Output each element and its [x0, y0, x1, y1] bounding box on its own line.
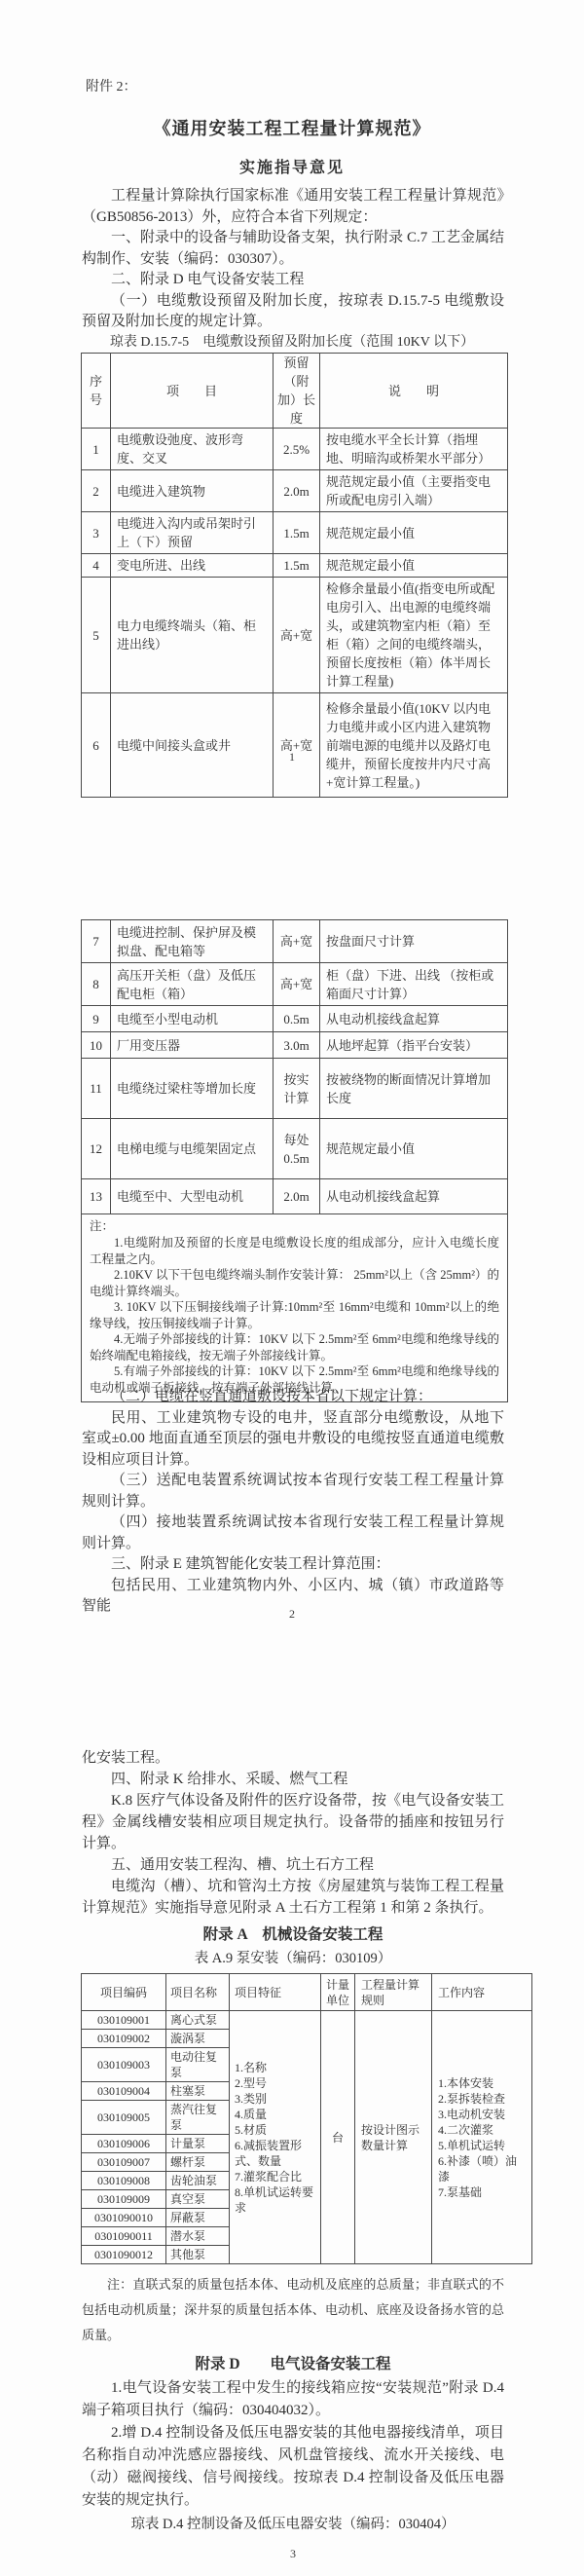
cell-length: 高+宽 [274, 693, 320, 798]
header-feature: 项目特征 [230, 1974, 321, 2011]
cell-desc: 从地坪起算（指平台安装） [320, 1032, 508, 1059]
cell-feature: 1.名称 2.型号 3.类别 4.质量 5.材质 6.减振装置形式、数量 7.灌… [230, 2011, 321, 2264]
cell-desc: 规范规定最小值（主要指变电所或配电房引入端） [320, 470, 508, 512]
cell-desc: 检修余量最小值(指变电所或配电房引入、出电源的电缆终端头，或建筑物室内柜（箱）至… [320, 578, 508, 693]
paragraph: 电缆沟（槽）、坑和管沟土方按《房屋建筑与装饰工程工程量计算规范》实施指导意见附录… [82, 1876, 504, 1919]
paragraph: 1.电气设备安装工程中发生的接线箱应按“安装规范”附录 D.4 端子箱项目执行（… [82, 2377, 504, 2422]
cell-item: 变电所进、出线 [111, 554, 274, 578]
cell-name: 齿轮油泵 [166, 2172, 230, 2190]
table-row: 9 电缆至小型电动机 0.5m 从电动机接线盒起算 [82, 1006, 508, 1032]
cell-seq: 4 [82, 554, 111, 578]
table-note: 3. 10KV 以下压铜接线端子计算:10mm²至 16mm²电缆和 10mm²… [90, 1299, 499, 1331]
cell-desc: 按被绕物的断面情况计算增加长度 [320, 1059, 508, 1119]
paragraph: 二、附录 D 电气设备安装工程 [82, 270, 504, 291]
cell-item: 电梯电缆与电缆架固定点 [111, 1119, 274, 1179]
appendix-d-heading: 附录 D 电气设备安装工程 [82, 2354, 504, 2375]
cell-item: 电缆进入沟内或吊架时引上（下）预留 [111, 512, 274, 554]
appendix-d-paragraphs: 1.电气设备安装工程中发生的接线箱应按“安装规范”附录 D.4 端子箱项目执行（… [82, 2377, 504, 2512]
paragraph: 四、附录 K 给排水、采暖、燃气工程 [82, 1769, 504, 1790]
cell-item: 电缆中间接头盒或井 [111, 693, 274, 798]
appendix-a-heading: 附录 A 机械设备安装工程 [82, 1924, 504, 1946]
paragraph: 一、附录中的设备与辅助设备支架，执行附录 C.7 工艺金属结构制作、安装（编码：… [82, 228, 504, 270]
cell-seq: 8 [82, 963, 111, 1006]
cell-seq: 11 [82, 1059, 111, 1119]
header-item: 项 目 [111, 354, 274, 429]
cell-code: 030109007 [82, 2153, 166, 2172]
paragraph: 民用、工业建筑物专设的电井，竖直部分电缆敷设，从地下室或±0.00 地面直通至顶… [82, 1408, 504, 1472]
paragraph: 三、附录 E 建筑智能化安装工程计算范围： [82, 1554, 504, 1576]
cell-seq: 12 [82, 1119, 111, 1179]
cell-desc: 按电缆水平全长计算（指埋地、明暗沟或桥架水平部分） [320, 429, 508, 470]
pump-installation-table: 项目编码 项目名称 项目特征 计量 单位 工程量计算 规则 工作内容 03010… [81, 1973, 532, 2264]
cell-length: 高+宽 [274, 963, 320, 1006]
table-row: 8 高压开关柜（盘）及低压配电柜（箱） 高+宽 柜（盘）下进、出线 （按柜或箱面… [82, 963, 508, 1006]
table2-note: 注：直联式泵的质量包括本体、电动机及底座的总质量；非直联式的不包括电动机质量；深… [82, 2272, 504, 2348]
cell-name: 离心式泵 [166, 2011, 230, 2030]
table-row: 10 厂用变压器 3.0m 从地坪起算（指平台安装） [82, 1032, 508, 1059]
cell-item: 电力电缆终端头（箱、柜进出线） [111, 578, 274, 693]
cell-code: 0301090012 [82, 2246, 166, 2264]
cell-name: 屏蔽泵 [166, 2209, 230, 2227]
cell-desc: 按盘面尺寸计算 [320, 920, 508, 963]
cell-item: 高压开关柜（盘）及低压配电柜（箱） [111, 963, 274, 1006]
table-row: 4 变电所进、出线 1.5m 规范规定最小值 [82, 554, 508, 578]
table-notes-cell: 注： 1.电缆附加及预留的长度是电缆敷设长度的组成部分，应计入电缆长度工程量之内… [82, 1214, 508, 1402]
cell-length: 2.5% [274, 429, 320, 470]
cell-length: 2.0m [274, 1179, 320, 1214]
table-row: 030109001 离心式泵 1.名称 2.型号 3.类别 4.质量 5.材质 … [82, 2011, 532, 2030]
cell-length: 按实 计算 [274, 1059, 320, 1119]
table-note: 4.无端子外部接线的计算：10KV 以下 2.5mm²至 6mm²电缆和绝缘导线… [90, 1331, 499, 1363]
cell-code: 030109001 [82, 2011, 166, 2030]
header-unit: 计量 单位 [321, 1974, 355, 2011]
notes-label: 注： [90, 1218, 499, 1235]
document-subtitle: 实施指导意见 [0, 155, 584, 177]
cable-reserve-table-part1: 序 号 项 目 预留（附 加）长度 说 明 1 电缆敷设弛度、波形弯度、交叉 2… [81, 353, 508, 798]
cell-code: 030109005 [82, 2101, 166, 2135]
cell-rule: 按设计图示数量计算 [355, 2011, 432, 2264]
cell-seq: 2 [82, 470, 111, 512]
intro-paragraphs: 工程量计算除执行国家标准《通用安装工程工程量计算规范》（GB50856-2013… [82, 186, 504, 333]
cell-seq: 10 [82, 1032, 111, 1059]
table-note: 2.10KV 以下干包电缆终端头制作安装计算： 25mm²以上（含 25mm²）… [90, 1267, 499, 1299]
header-code: 项目编码 [82, 1974, 166, 2011]
paragraph: 2.增 D.4 控制设备及低压电器安装的其他电器接线清单，项目名称指自动冲洗感应… [82, 2422, 504, 2512]
cell-length: 1.5m [274, 512, 320, 554]
table-header-row: 项目编码 项目名称 项目特征 计量 单位 工程量计算 规则 工作内容 [82, 1974, 532, 2011]
cell-seq: 9 [82, 1006, 111, 1032]
cell-item: 电缆至中、大型电动机 [111, 1179, 274, 1214]
cell-seq: 1 [82, 429, 111, 470]
cell-item: 厂用变压器 [111, 1032, 274, 1059]
page-3-content: 化安装工程。 四、附录 K 给排水、采暖、燃气工程 K.8 医疗气体设备及附件的… [82, 1747, 504, 2576]
cell-name: 柱塞泵 [166, 2082, 230, 2101]
cell-code: 030109002 [82, 2030, 166, 2048]
table-header-row: 序 号 项 目 预留（附 加）长度 说 明 [82, 354, 508, 429]
cell-code: 030109009 [82, 2190, 166, 2209]
paragraph: 五、通用安装工程沟、槽、坑土石方工程 [82, 1854, 504, 1876]
paragraph: （二）电缆在竖直通道敷设按本省以下规定计算： [82, 1387, 504, 1408]
cell-desc: 从电动机接线盒起算 [320, 1006, 508, 1032]
cell-length: 高+宽 [274, 920, 320, 963]
cell-seq: 5 [82, 578, 111, 693]
cell-code: 030109003 [82, 2048, 166, 2082]
header-name: 项目名称 [166, 1974, 230, 2011]
cell-name: 螺杆泵 [166, 2153, 230, 2172]
table-note: 1.电缆附加及预留的长度是电缆敷设长度的组成部分，应计入电缆长度工程量之内。 [90, 1235, 499, 1267]
page2-paragraphs: （二）电缆在竖直通道敷设按本省以下规定计算： 民用、工业建筑物专设的电井，竖直部… [82, 1387, 504, 1618]
cell-seq: 6 [82, 693, 111, 798]
cell-code: 030109008 [82, 2172, 166, 2190]
paragraph: （一）电缆敷设预留及附加长度，按琼表 D.15.7-5 电缆敷设预留及附加长度的… [82, 291, 504, 333]
header-desc: 说 明 [320, 354, 508, 429]
cell-desc: 规范规定最小值 [320, 554, 508, 578]
table-row: 7 电缆进控制、保护屏及模拟盘、配电箱等 高+宽 按盘面尺寸计算 [82, 920, 508, 963]
header-work: 工作内容 [432, 1974, 532, 2011]
document-title: 《通用安装工程工程量计算规范》 [0, 115, 584, 140]
table2-caption: 表 A.9 泵安装（编码：030109） [82, 1948, 504, 1969]
cell-length: 每处 0.5m [274, 1119, 320, 1179]
attachment-label: 附件 2： [86, 76, 137, 95]
table-row: 3 电缆进入沟内或吊架时引上（下）预留 1.5m 规范规定最小值 [82, 512, 508, 554]
cell-desc: 柜（盘）下进、出线 （按柜或箱面尺寸计算） [320, 963, 508, 1006]
cell-item: 电缆至小型电动机 [111, 1006, 274, 1032]
cell-item: 电缆敷设弛度、波形弯度、交叉 [111, 429, 274, 470]
cable-reserve-table-part2: 7 电缆进控制、保护屏及模拟盘、配电箱等 高+宽 按盘面尺寸计算 8 高压开关柜… [81, 919, 508, 1402]
cell-seq: 13 [82, 1179, 111, 1214]
cell-length: 0.5m [274, 1006, 320, 1032]
paragraph: （四）接地装置系统调试按本省现行安装工程工程量计算规则计算。 [82, 1512, 504, 1554]
page-number-2: 2 [0, 1607, 584, 1622]
cell-unit: 台 [321, 2011, 355, 2264]
cell-length: 1.5m [274, 554, 320, 578]
header-rule: 工程量计算 规则 [355, 1974, 432, 2011]
paragraph: 工程量计算除执行国家标准《通用安装工程工程量计算规范》（GB50856-2013… [82, 186, 504, 228]
header-seq: 序 号 [82, 354, 111, 429]
table1-caption: 琼表 D.15.7-5 电缆敷设预留及附加长度（范围 10KV 以下） [0, 331, 584, 351]
cell-name: 计量泵 [166, 2135, 230, 2153]
table-row: 5 电力电缆终端头（箱、柜进出线） 高+宽 检修余量最小值(指变电所或配电房引入… [82, 578, 508, 693]
cell-desc: 检修余量最小值(10KV 以内电力电缆井或小区内进入建筑物前端电源的电缆井以及路… [320, 693, 508, 798]
cell-name: 电动往复泵 [166, 2048, 230, 2082]
cell-code: 0301090011 [82, 2227, 166, 2246]
table-row: 2 电缆进入建筑物 2.0m 规范规定最小值（主要指变电所或配电房引入端） [82, 470, 508, 512]
table-notes-row: 注： 1.电缆附加及预留的长度是电缆敷设长度的组成部分，应计入电缆长度工程量之内… [82, 1214, 508, 1402]
cell-desc: 规范规定最小值 [320, 512, 508, 554]
cell-code: 030109006 [82, 2135, 166, 2153]
cell-work: 1.本体安装 2.泵拆装检查 3.电动机安装 4.二次灌浆 5.单机试运转 6.… [432, 2011, 532, 2264]
paragraph: K.8 医疗气体设备及附件的医疗设备带，按《电气设备安装工程》金属线槽安装相应项… [82, 1790, 504, 1854]
cell-seq: 7 [82, 920, 111, 963]
paragraph: 化安装工程。 [82, 1747, 504, 1769]
cell-seq: 3 [82, 512, 111, 554]
cell-item: 电缆进入建筑物 [111, 470, 274, 512]
cell-desc: 规范规定最小值 [320, 1119, 508, 1179]
paragraph: （三）送配电装置系统调试按本省现行安装工程工程量计算规则计算。 [82, 1471, 504, 1512]
cell-name: 漩涡泵 [166, 2030, 230, 2048]
table-row: 11 电缆绕过梁柱等增加长度 按实 计算 按被绕物的断面情况计算增加长度 [82, 1059, 508, 1119]
cell-name: 其他泵 [166, 2246, 230, 2264]
table-row: 6 电缆中间接头盒或井 高+宽 检修余量最小值(10KV 以内电力电缆井或小区内… [82, 693, 508, 798]
table-d-caption: 琼表 D.4 控制设备及低压电器安装（编码：030404） [82, 2514, 504, 2535]
cell-code: 0301090010 [82, 2209, 166, 2227]
table-row: 12 电梯电缆与电缆架固定点 每处 0.5m 规范规定最小值 [82, 1119, 508, 1179]
table-row: 1 电缆敷设弛度、波形弯度、交叉 2.5% 按电缆水平全长计算（指埋地、明暗沟或… [82, 429, 508, 470]
cell-length: 2.0m [274, 470, 320, 512]
cell-name: 蒸汽往复泵 [166, 2101, 230, 2135]
cell-code: 030109004 [82, 2082, 166, 2101]
cell-item: 电缆进控制、保护屏及模拟盘、配电箱等 [111, 920, 274, 963]
cell-name: 真空泵 [166, 2190, 230, 2209]
cell-item: 电缆绕过梁柱等增加长度 [111, 1059, 274, 1119]
cell-desc: 从电动机接线盒起算 [320, 1179, 508, 1214]
header-length: 预留（附 加）长度 [274, 354, 320, 429]
cell-name: 潜水泵 [166, 2227, 230, 2246]
document-page: { "colors": { "text": "#2e2e2e", "border… [0, 0, 584, 2478]
page-number-1: 1 [0, 750, 584, 765]
table-row: 13 电缆至中、大型电动机 2.0m 从电动机接线盒起算 [82, 1179, 508, 1214]
page-number-3: 3 [82, 2543, 504, 2564]
cell-length: 3.0m [274, 1032, 320, 1059]
cell-length: 高+宽 [274, 578, 320, 693]
